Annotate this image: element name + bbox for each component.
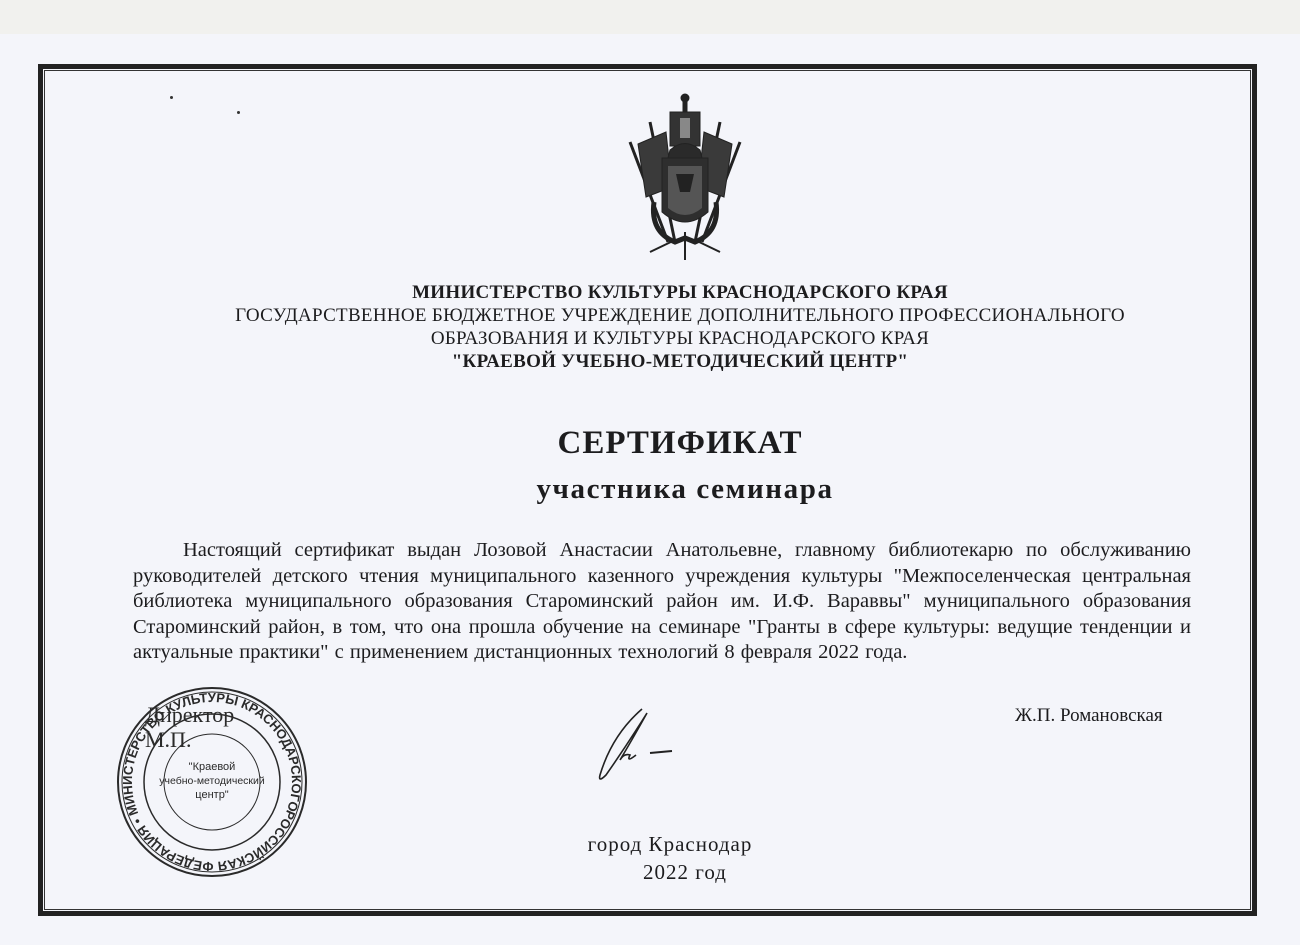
issue-city: город Краснодар	[0, 832, 1300, 857]
institution-name-line1: ГОСУДАРСТВЕННОЕ БЮДЖЕТНОЕ УЧРЕЖДЕНИЕ ДОП…	[0, 304, 1300, 327]
stamp-center-line3: центр"	[195, 789, 229, 801]
scan-margin	[0, 0, 1300, 34]
certificate-title: СЕРТИФИКАТ	[0, 425, 1300, 462]
certificate-subtitle: участника семинара	[0, 473, 1300, 506]
stamp-center-line1: "Краевой	[189, 761, 236, 773]
institution-name-line2: ОБРАЗОВАНИЯ И КУЛЬТУРЫ КРАСНОДАРСКОГО КР…	[0, 327, 1300, 350]
center-name: "КРАЕВОЙ УЧЕБНО-МЕТОДИЧЕСКИЙ ЦЕНТР"	[0, 350, 1300, 373]
ministry-name: МИНИСТЕРСТВО КУЛЬТУРЫ КРАСНОДАРСКОГО КРА…	[0, 281, 1300, 304]
signer-name: Ж.П. Романовская	[1015, 705, 1163, 727]
issue-year: 2022 год	[0, 860, 1300, 885]
issuer-header: МИНИСТЕРСТВО КУЛЬТУРЫ КРАСНОДАРСКОГО КРА…	[0, 281, 1300, 373]
stamp-center-line2: учебно-методический	[159, 775, 265, 787]
scan-speck	[237, 111, 240, 114]
signature-icon	[592, 705, 682, 785]
certificate-body: Настоящий сертификат выдан Лозовой Анаст…	[133, 538, 1191, 666]
coat-of-arms-icon	[620, 92, 750, 262]
scan-speck	[170, 96, 173, 99]
